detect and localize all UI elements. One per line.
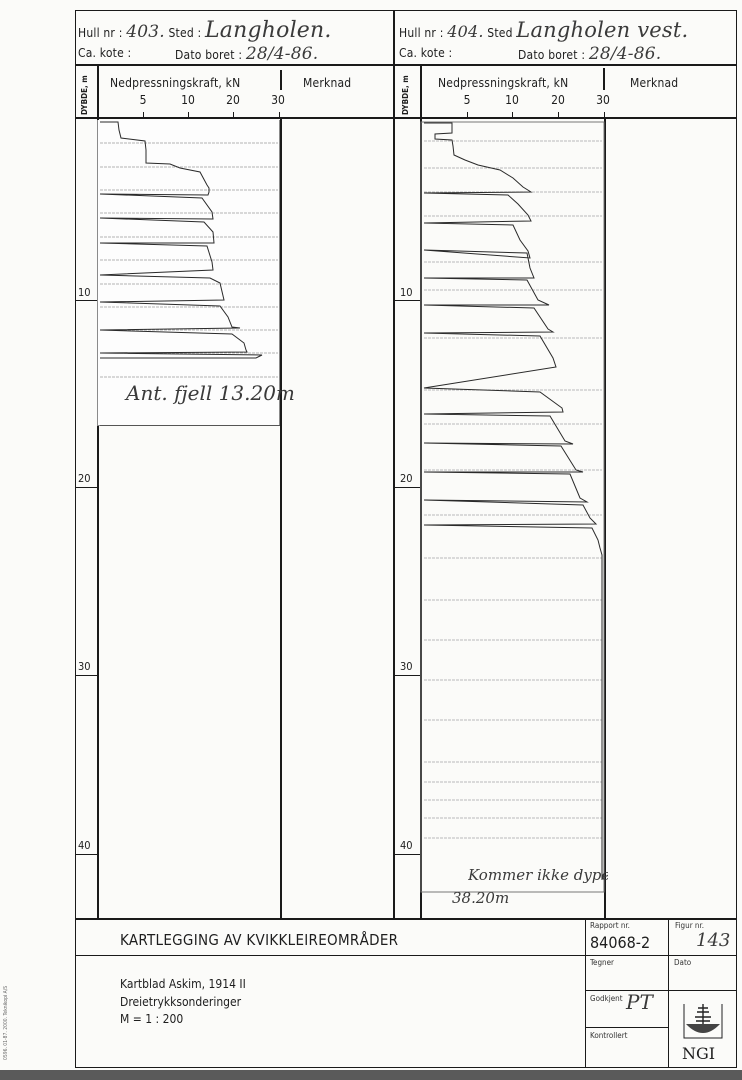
godkjent-initials: PT [626, 990, 653, 1014]
margin-print-code: 0596. 01-87. 2000. Teknikopi A/S [3, 986, 9, 1060]
scan-bottom-bar [0, 1070, 742, 1080]
title-block-row-divider [75, 955, 585, 956]
tegner-label: Tegner [590, 958, 614, 967]
project-title: KARTLEGGING AV KVIKKLEIREOMRÅDER [120, 931, 398, 949]
right-annotation-line1: Kommer ikke dypere [468, 866, 608, 884]
figur-label: Figur nr. [675, 921, 704, 930]
rapport-label: Rapport nr. [590, 921, 630, 930]
figur-value: 143 [696, 930, 730, 951]
tree-icon [680, 998, 726, 1044]
godkjent-label: Godkjent [590, 994, 623, 1003]
rapport-value: 84068-2 [590, 933, 650, 952]
scale: M = 1 : 200 [120, 1012, 183, 1026]
method: Dreietrykksonderinger [120, 995, 241, 1009]
dato-label: Dato [674, 958, 691, 967]
right-annotation-line2: 38.20m [452, 889, 509, 907]
ngi-logo: NGI [680, 998, 726, 1064]
map-sheet: Kartblad Askim, 1914 II [120, 977, 246, 991]
title-block-top [75, 918, 737, 920]
ngi-logo-text: NGI [682, 1044, 715, 1063]
kontrollert-label: Kontrollert [590, 1031, 628, 1040]
